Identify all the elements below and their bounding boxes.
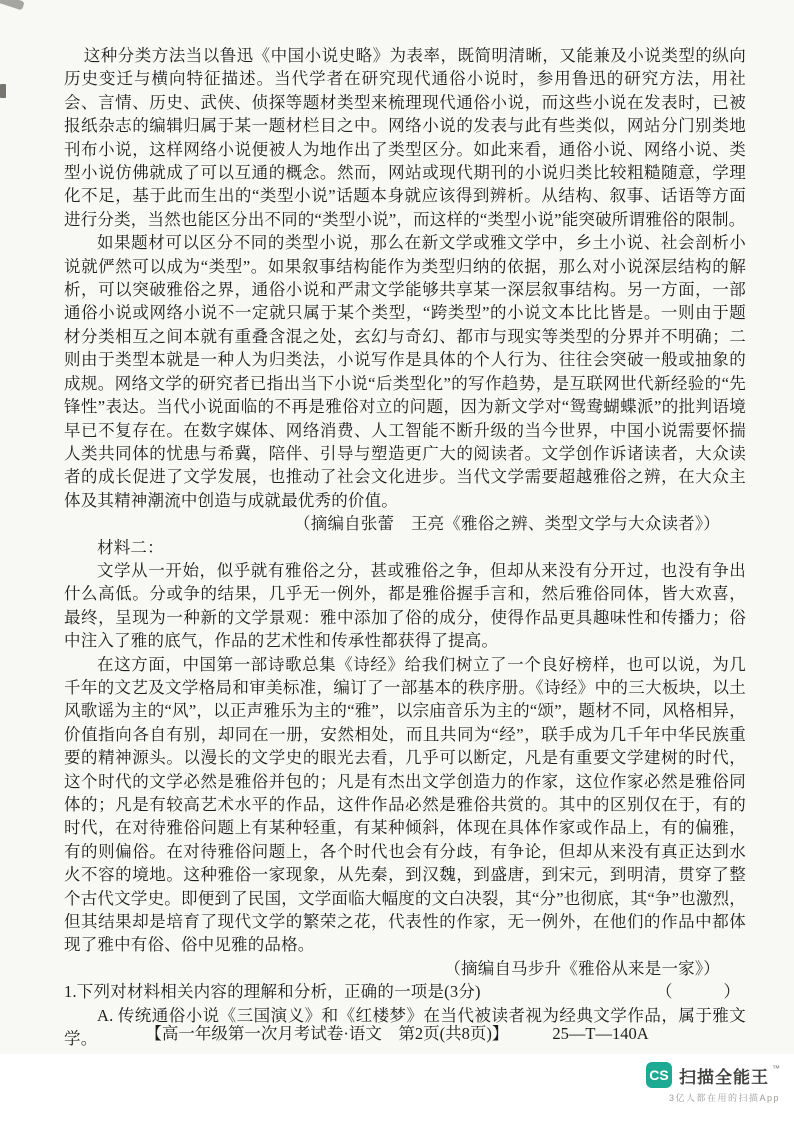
question-1: 1.下列对材料相关内容的理解和分析，正确的一项是(3分) （ ） — [64, 980, 746, 1003]
camscanner-logo-icon: CS — [646, 1062, 672, 1088]
trademark-symbol: ™ — [772, 1064, 780, 1073]
camscanner-watermark: CS 扫描全能王 ™ 3亿人都在用的扫描App — [646, 1062, 780, 1104]
camscanner-tagline: 3亿人都在用的扫描App — [646, 1091, 780, 1104]
material-two-heading: 材料二： — [64, 536, 746, 559]
footer-paper-code: 25—T—140A — [552, 1024, 648, 1044]
material-two-paragraph: 文学从一开始，似乎就有雅俗之分，甚或雅俗之争，但却从来没有分开过，也没有争出什么… — [64, 559, 746, 653]
exam-body-text: 这种分类方法当以鲁迅《中国小说史略》为表率，既简明清晰，又能兼及小说类型的纵向历… — [64, 44, 746, 1050]
material-two-paragraph: 在这方面，中国第一部诗歌总集《诗经》给我们树立了一个良好榜样，也可以说，为几千年… — [64, 653, 746, 957]
scan-artifact — [0, 84, 6, 98]
footer-exam-info: 【高一年级第一次月考试卷·语文 第2页(共8页)】 — [145, 1020, 508, 1044]
scanned-exam-page: 这种分类方法当以鲁迅《中国小说史略》为表率，既简明清晰，又能兼及小说类型的纵向历… — [0, 0, 794, 1124]
material-one-attribution: （摘编自张蕾 王亮《雅俗之辨、类型文学与大众读者》） — [64, 512, 746, 535]
camscanner-app-name: 扫描全能王 — [679, 1063, 769, 1088]
material-one-paragraph: 这种分类方法当以鲁迅《中国小说史略》为表率，既简明清晰，又能兼及小说类型的纵向历… — [64, 44, 746, 231]
question-1-stem: 1.下列对材料相关内容的理解和分析，正确的一项是(3分) — [64, 980, 481, 1003]
material-one-paragraph: 如果题材可以区分不同的类型小说，那么在新文学或雅文学中，乡土小说、社会剖析小说就… — [64, 231, 746, 512]
material-two-attribution: （摘编自马步升《雅俗从来是一家》） — [64, 957, 746, 980]
page-footer: 【高一年级第一次月考试卷·语文 第2页(共8页)】 25—T—140A — [0, 1020, 794, 1044]
scan-artifact — [0, 0, 25, 10]
question-1-answer-brackets: （ ） — [656, 980, 746, 1003]
